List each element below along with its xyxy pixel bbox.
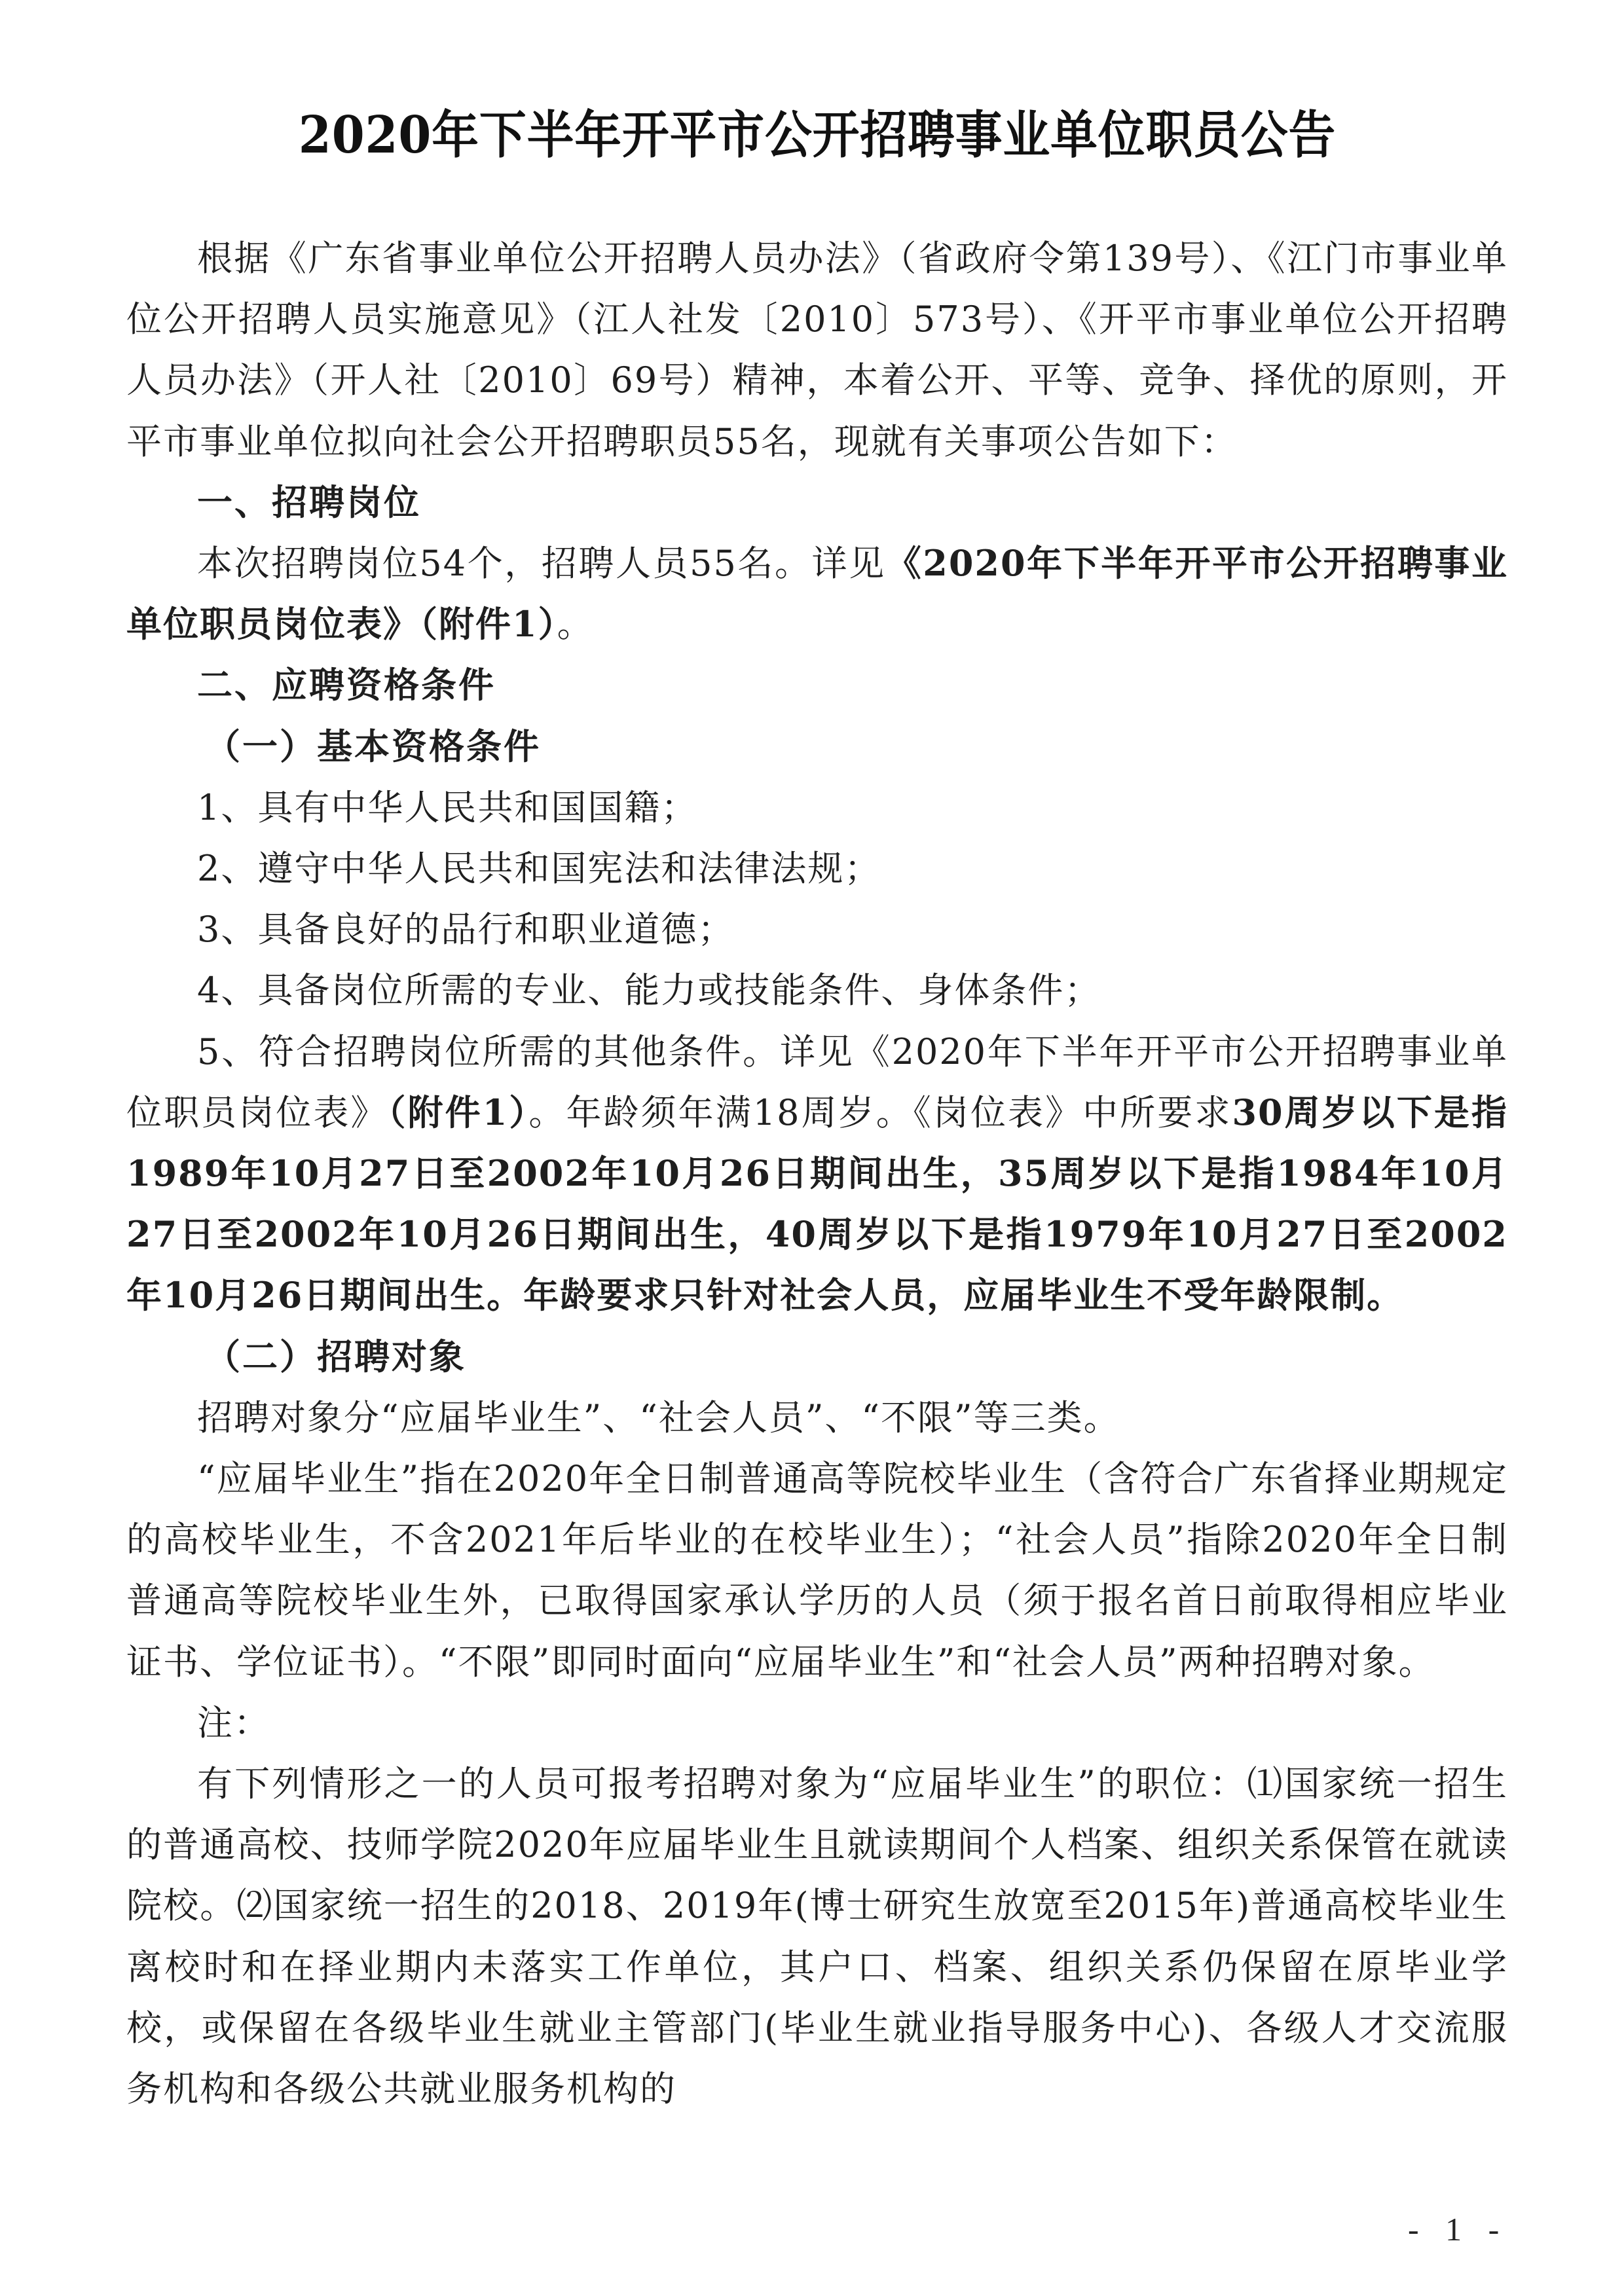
basic-item-5: 5、符合招聘岗位所需的其他条件。详见《2020年下半年开平市公开招聘事业单位职员…	[126, 1021, 1508, 1326]
item5-attachment-ref: （附件1）	[388, 1091, 528, 1133]
basic-item-1: 1、具有中华人民共和国国籍；	[126, 777, 1508, 838]
basic-item-3: 3、具备良好的品行和职业道德；	[126, 899, 1508, 960]
basic-item-2: 2、遵守中华人民共和国宪法和法律法规；	[126, 838, 1508, 899]
subsection-heading-basic: （一）基本资格条件	[126, 716, 1508, 777]
positions-text-end: 。	[557, 604, 594, 645]
targets-paragraph-1: 招聘对象分“应届毕业生”、“社会人员”、“不限”等三类。	[126, 1387, 1508, 1448]
document-title: 2020年下半年开平市公开招聘事业单位职员公告	[181, 100, 1452, 172]
note-label: 注：	[126, 1692, 1508, 1753]
positions-paragraph: 本次招聘岗位54个，招聘人员55名。详见《2020年下半年开平市公开招聘事业单位…	[126, 533, 1508, 655]
document-body: 根据《广东省事业单位公开招聘人员办法》（省政府令第139号）、《江门市事业单位公…	[126, 228, 1508, 2119]
subsection-heading-targets: （二）招聘对象	[126, 1326, 1508, 1387]
basic-item-4: 4、具备岗位所需的专业、能力或技能条件、身体条件；	[126, 960, 1508, 1021]
targets-paragraph-2: “应届毕业生”指在2020年全日制普通高等院校毕业生（含符合广东省择业期规定的高…	[126, 1448, 1508, 1692]
section-heading-qualifications: 二、应聘资格条件	[126, 655, 1508, 716]
note-paragraph: 有下列情形之一的人员可报考招聘对象为“应届毕业生”的职位：⑴国家统一招生的普通高…	[126, 1753, 1508, 2119]
page-number: - 1 -	[1408, 2210, 1508, 2248]
item5-text-b: 。年龄须年满18周岁。《岗位表》中所要求	[528, 1092, 1232, 1133]
intro-paragraph: 根据《广东省事业单位公开招聘人员办法》（省政府令第139号）、《江门市事业单位公…	[126, 228, 1508, 472]
section-heading-positions: 一、招聘岗位	[126, 472, 1508, 533]
positions-text: 本次招聘岗位54个，招聘人员55名。详见	[197, 543, 886, 584]
